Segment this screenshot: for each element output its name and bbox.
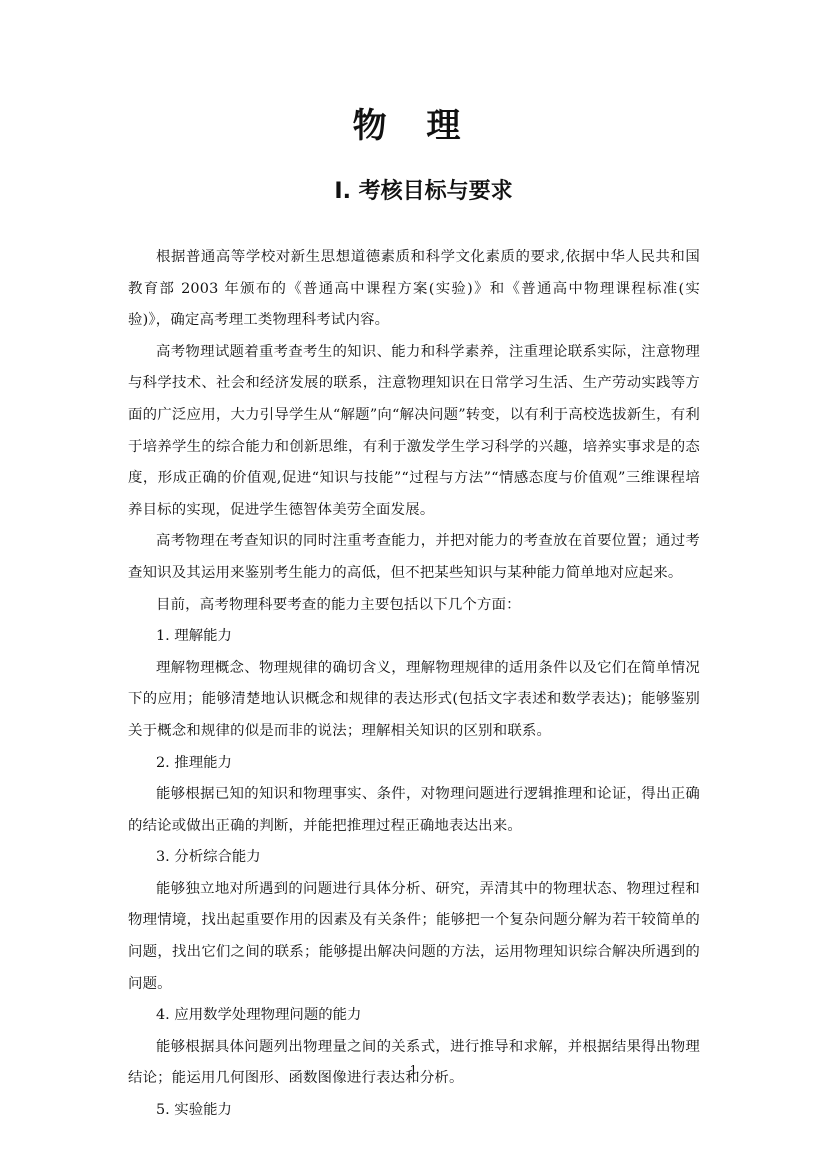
paragraph-intro: 根据普通高等学校对新生思想道德素质和科学文化素质的要求,依据中华人民共和国教育部… — [128, 242, 700, 337]
ability-heading-reasoning: 2. 推理能力 — [128, 748, 700, 780]
page-title: 物 理 — [0, 98, 827, 147]
ability-heading-understanding: 1. 理解能力 — [128, 621, 700, 653]
ability-heading-analysis: 3. 分析综合能力 — [128, 842, 700, 874]
page-number: 1 — [0, 1063, 827, 1077]
paragraph-exam-focus: 高考物理试题着重考查考生的知识、能力和科学素养，注重理论联系实际，注意物理与科学… — [128, 337, 700, 527]
ability-heading-math: 4. 应用数学处理物理问题的能力 — [128, 1000, 700, 1032]
section-heading: Ⅰ. 考核目标与要求 — [0, 174, 827, 205]
document-body: 根据普通高等学校对新生思想道德素质和科学文化素质的要求,依据中华人民共和国教育部… — [128, 242, 700, 1127]
paragraph-ability-priority: 高考物理在考查知识的同时注重考查能力，并把对能力的考查放在首要位置；通过考查知识… — [128, 526, 700, 589]
ability-text-reasoning: 能够根据已知的知识和物理事实、条件，对物理问题进行逻辑推理和论证，得出正确的结论… — [128, 779, 700, 842]
ability-text-understanding: 理解物理概念、物理规律的确切含义，理解物理规律的适用条件以及它们在简单情况下的应… — [128, 653, 700, 748]
ability-heading-experiment: 5. 实验能力 — [128, 1095, 700, 1127]
ability-text-analysis: 能够独立地对所遇到的问题进行具体分析、研究，弄清其中的物理状态、物理过程和物理情… — [128, 874, 700, 1000]
paragraph-ability-list-intro: 目前，高考物理科要考查的能力主要包括以下几个方面： — [128, 590, 700, 622]
